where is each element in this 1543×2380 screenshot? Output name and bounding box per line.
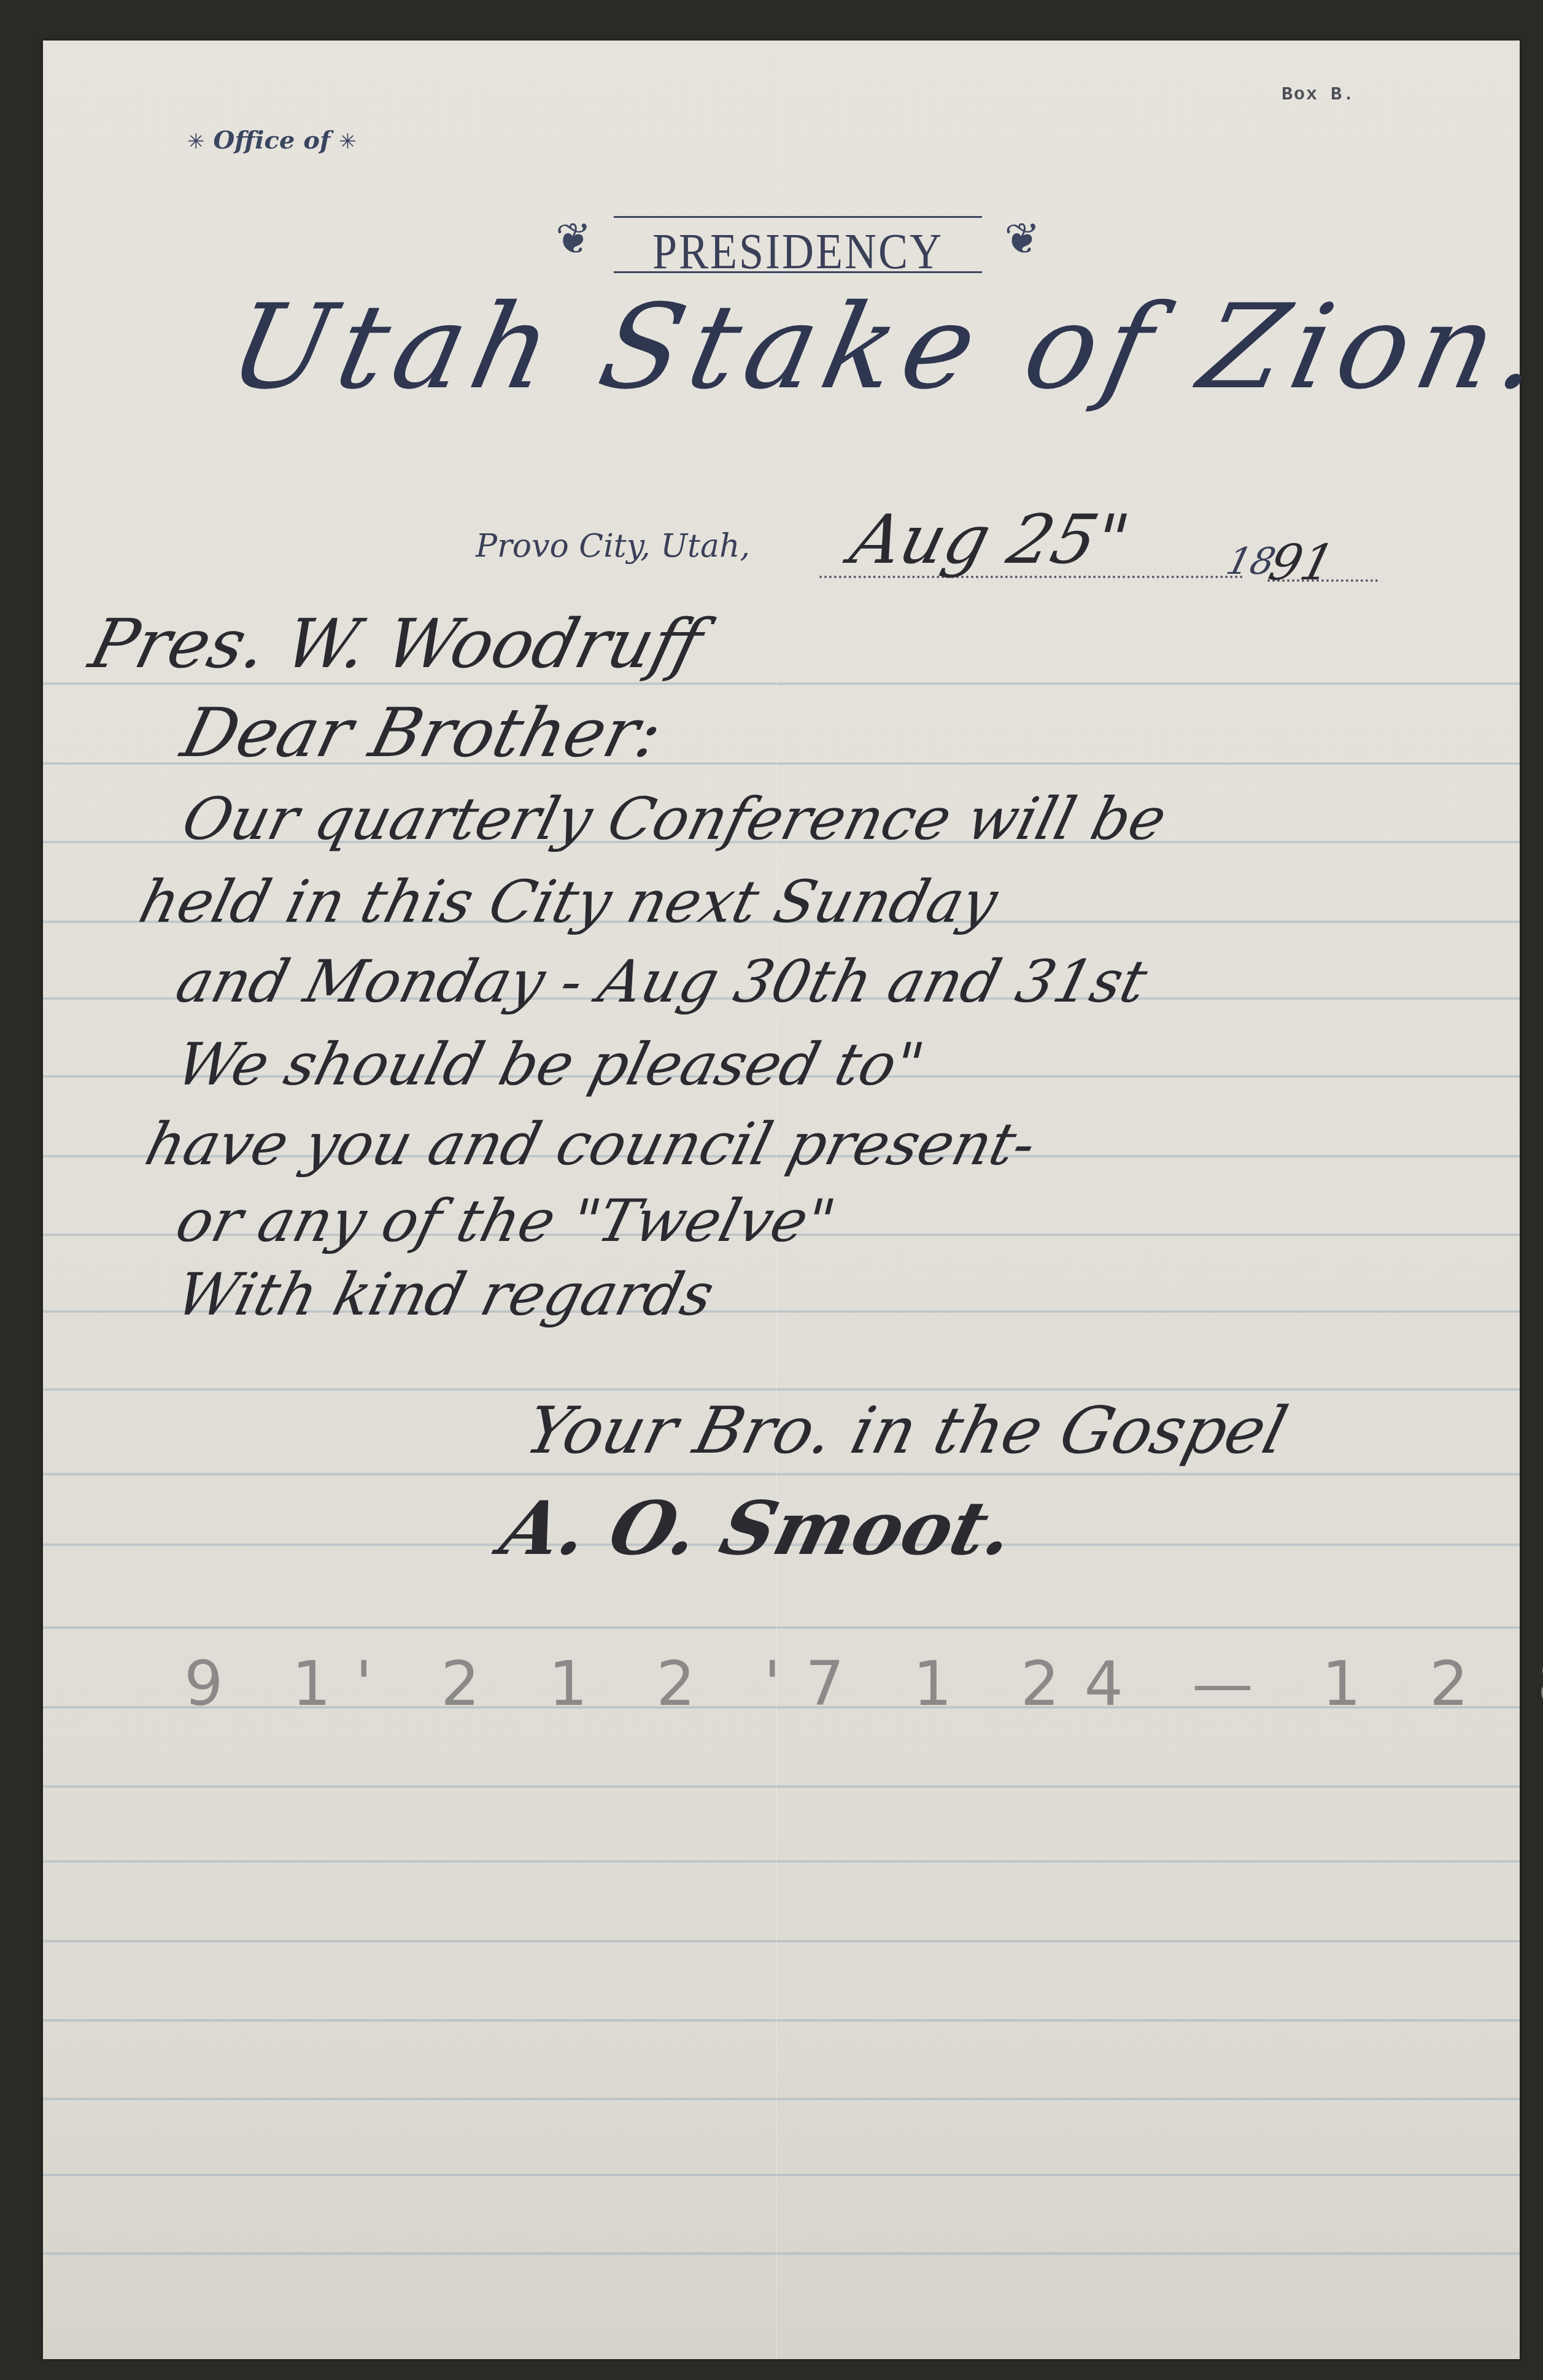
presidency-title: PRESIDENCY [555, 222, 1040, 280]
body-line-3: and Monday - Aug 30th and 31st [169, 948, 1153, 1016]
dateline-place: Provo City, Utah, [476, 528, 750, 565]
ornament-left-icon: ✳ [187, 129, 205, 154]
body-line-2: held in this City next Sunday [133, 868, 1004, 936]
archive-box-label: Box B. [1282, 85, 1355, 106]
body-line-4: We should be pleased to" [169, 1031, 930, 1099]
office-of-text: Office of [213, 126, 330, 155]
ruled-line [43, 1940, 1520, 1942]
ruled-line [43, 2098, 1520, 2100]
ruled-line [43, 1388, 1520, 1391]
ornament-right-icon: ✳ [339, 129, 357, 154]
letterhead-title: Utah Stake of Zion. [219, 279, 1353, 415]
ruled-line [43, 1473, 1520, 1475]
ruled-line [43, 2174, 1520, 2176]
presidency-banner: ❦ ❦ PRESIDENCY [555, 198, 1040, 277]
handwritten-date: Aug 25" [843, 500, 1137, 579]
ruled-line [43, 1860, 1520, 1863]
closing-line: Your Bro. in the Gospel [519, 1393, 1294, 1468]
body-line-1: Our quarterly Conference will be [176, 786, 1173, 853]
banner-rule-top [614, 216, 982, 218]
ruled-line [43, 2019, 1520, 2022]
body-line-5: have you and council present- [139, 1111, 1042, 1178]
body-line-6: or any of the "Twelve" [169, 1188, 841, 1255]
ruled-line [43, 1785, 1520, 1788]
ruled-line [43, 1626, 1520, 1629]
office-of-heading: ✳ Office of ✳ [187, 126, 357, 155]
pencil-annotations: 9 1' 2 1 2 '7 1 24 — 1 2 8 x [184, 1648, 1543, 1720]
ruled-line [43, 2252, 1520, 2255]
signature: A. O. Smoot. [492, 1485, 1023, 1572]
greeting: Dear Brother: [174, 694, 670, 772]
salutation-name: Pres. W. Woodruff [82, 605, 711, 683]
body-line-7: With kind regards [169, 1261, 721, 1329]
